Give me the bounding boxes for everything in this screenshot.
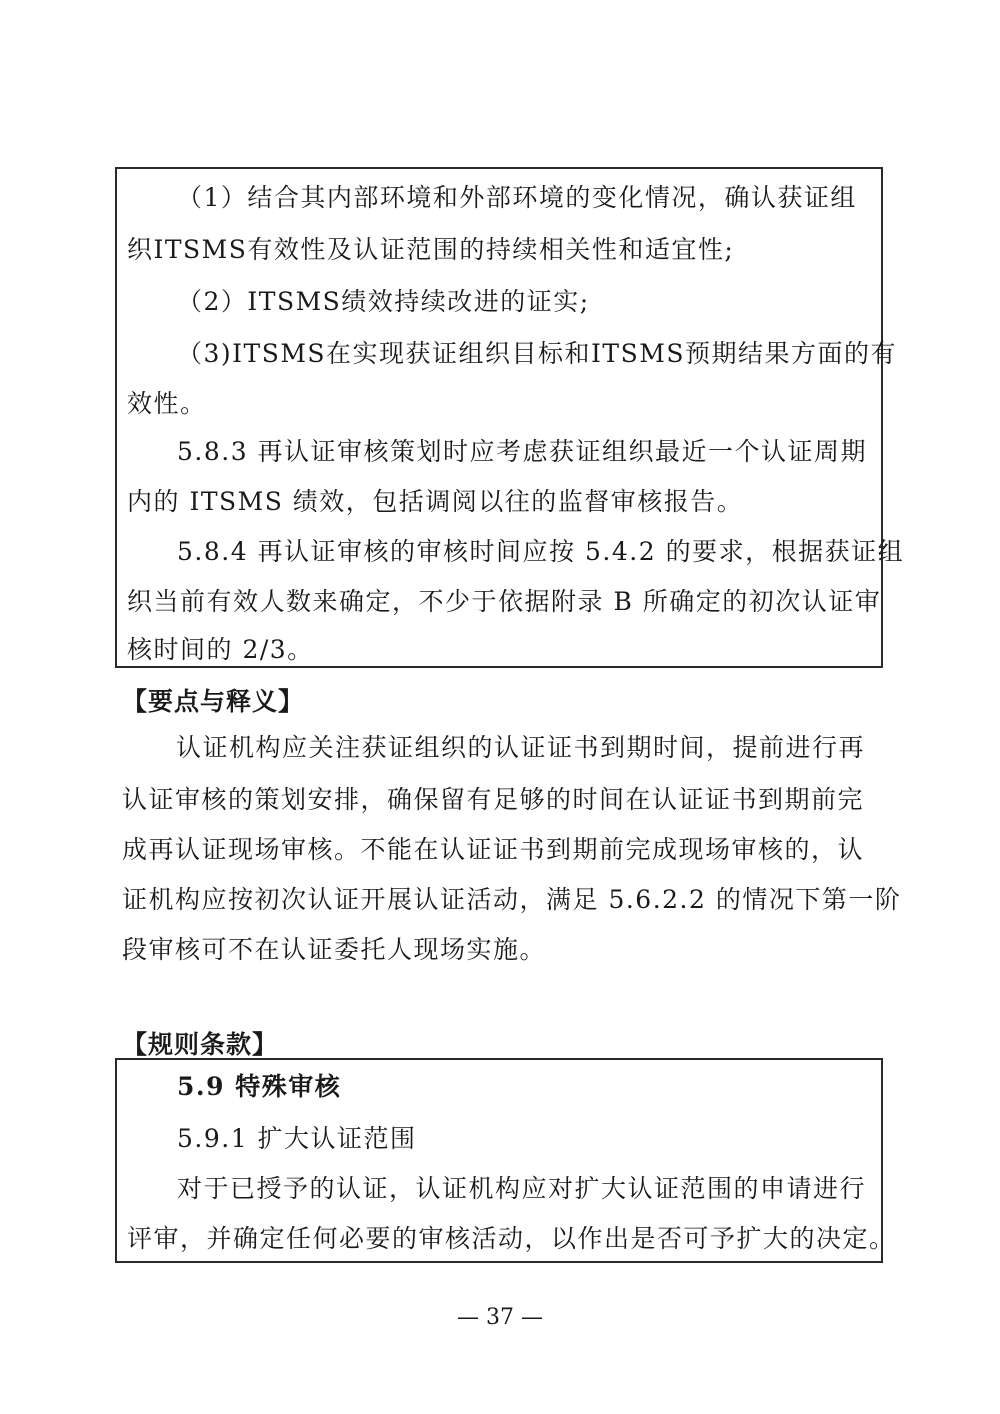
- clause-line: 织ITSMS有效性及认证范围的持续相关性和适宜性;: [127, 235, 734, 265]
- section-heading-rule-clauses: 【规则条款】: [122, 1025, 278, 1061]
- paragraph-line: 成再认证现场审核。不能在认证证书到期前完成现场审核的，认: [122, 835, 864, 865]
- clause-line: （1）结合其内部环境和外部环境的变化情况，确认获证组: [177, 183, 857, 213]
- paragraph-line: 认证机构应关注获证组织的认证证书到期时间，提前进行再: [176, 733, 865, 763]
- clause-line: 织当前有效人数来确定，不少于依据附录 B 所确定的初次认证审: [127, 587, 881, 617]
- clause-line: 评审，并确定任何必要的审核活动，以作出是否可予扩大的决定。: [127, 1224, 896, 1254]
- rule-clause-box-1: （1）结合其内部环境和外部环境的变化情况，确认获证组 织ITSMS有效性及认证范…: [115, 167, 883, 668]
- clause-line: 核时间的 2/3。: [127, 635, 314, 665]
- clause-line: 内的 ITSMS 绩效，包括调阅以往的监督审核报告。: [127, 487, 743, 517]
- clause-line: （2）ITSMS绩效持续改进的证实;: [177, 287, 590, 317]
- paragraph-line: 认证审核的策划安排，确保留有足够的时间在认证证书到期前完: [122, 785, 864, 815]
- paragraph-line: 证机构应按初次认证开展认证活动，满足 5.6.2.2 的情况下第一阶: [122, 885, 901, 915]
- page-number: — 37 —: [0, 1305, 1000, 1330]
- clause-line: 效性。: [127, 389, 207, 419]
- clause-line: 对于已授予的认证，认证机构应对扩大认证范围的申请进行: [177, 1174, 866, 1204]
- clause-5-8-3: 5.8.3 再认证审核策划时应考虑获证组织最近一个认证周期: [177, 437, 867, 467]
- clause-5-8-4: 5.8.4 再认证审核的审核时间应按 5.4.2 的要求，根据获证组: [177, 537, 904, 567]
- section-heading-key-points: 【要点与释义】: [122, 682, 304, 718]
- rule-clause-box-2: 5.9 特殊审核 5.9.1 扩大认证范围 对于已授予的认证，认证机构应对扩大认…: [115, 1058, 883, 1263]
- paragraph-line: 段审核可不在认证委托人现场实施。: [122, 935, 546, 965]
- clause-5-9-1: 5.9.1 扩大认证范围: [177, 1124, 417, 1154]
- clause-title-5-9: 5.9 特殊审核: [177, 1072, 341, 1102]
- clause-line: （3)ITSMS在实现获证组织目标和ITSMS预期结果方面的有: [177, 339, 897, 369]
